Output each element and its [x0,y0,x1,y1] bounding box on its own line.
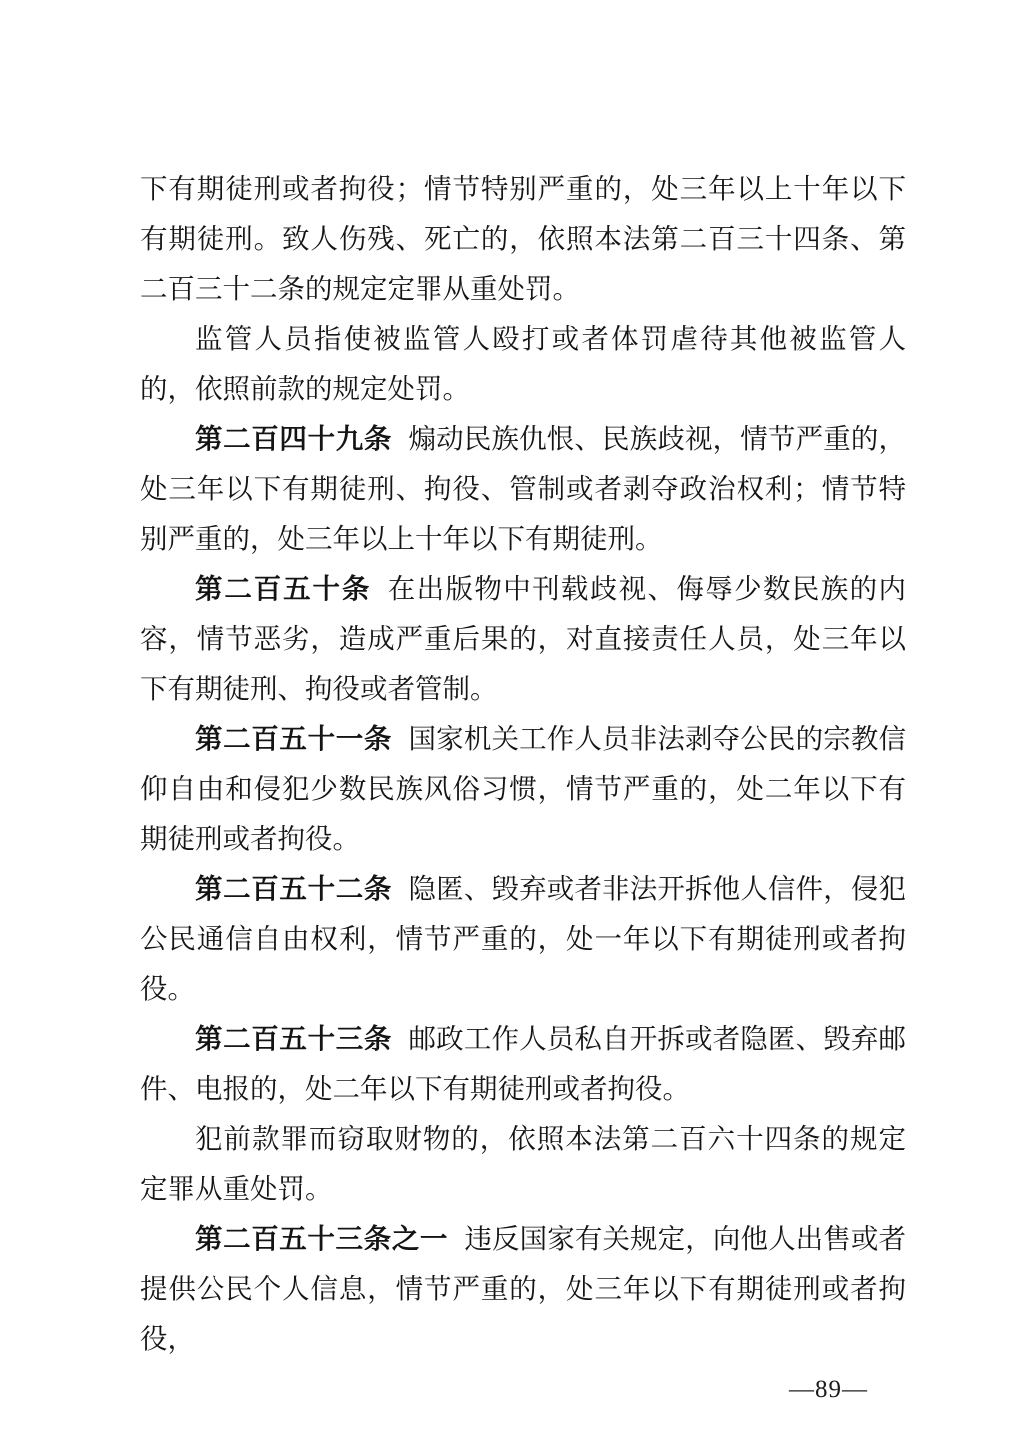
article-number: 第二百五十一条 [195,723,392,754]
article-number: 第二百四十九条 [195,423,392,454]
paragraph-article-250: 第二百五十条在出版物中刊载歧视、侮辱少数民族的内容，情节恶劣，造成严重后果的，对… [140,564,906,714]
paragraph-text: 犯前款罪而窃取财物的，依照本法第二百六十四条的规定定罪从重处罚。 [140,1123,906,1204]
paragraph-article-252: 第二百五十二条隐匿、毁弃或者非法开拆他人信件，侵犯公民通信自由权利，情节严重的，… [140,864,906,1014]
paragraph: 监管人员指使被监管人殴打或者体罚虐待其他被监管人的，依照前款的规定处罚。 [140,314,906,414]
page-number: —89— [789,1376,868,1404]
article-number: 第二百五十二条 [195,873,392,904]
paragraph-article-251: 第二百五十一条国家机关工作人员非法剥夺公民的宗教信仰自由和侵犯少数民族风俗习惯，… [140,714,906,864]
paragraph-article-249: 第二百四十九条煽动民族仇恨、民族歧视，情节严重的，处三年以下有期徒刑、拘役、管制… [140,414,906,564]
article-number: 第二百五十条 [195,573,371,604]
paragraph-continuation: 下有期徒刑或者拘役；情节特别严重的，处三年以上十年以下有期徒刑。致人伤残、死亡的… [140,164,906,314]
article-number: 第二百五十三条之一 [195,1223,448,1254]
paragraph: 犯前款罪而窃取财物的，依照本法第二百六十四条的规定定罪从重处罚。 [140,1114,906,1214]
paragraph-article-253-1: 第二百五十三条之一违反国家有关规定，向他人出售或者提供公民个人信息，情节严重的，… [140,1214,906,1364]
paragraph-article-253: 第二百五十三条邮政工作人员私自开拆或者隐匿、毁弃邮件、电报的，处二年以下有期徒刑… [140,1014,906,1114]
document-page: 下有期徒刑或者拘役；情节特别严重的，处三年以上十年以下有期徒刑。致人伤残、死亡的… [0,0,1024,1448]
paragraph-text: 监管人员指使被监管人殴打或者体罚虐待其他被监管人的，依照前款的规定处罚。 [140,323,906,404]
paragraph-text: 下有期徒刑或者拘役；情节特别严重的，处三年以上十年以下有期徒刑。致人伤残、死亡的… [140,173,906,304]
law-text-block: 下有期徒刑或者拘役；情节特别严重的，处三年以上十年以下有期徒刑。致人伤残、死亡的… [140,164,906,1364]
article-number: 第二百五十三条 [195,1023,392,1054]
